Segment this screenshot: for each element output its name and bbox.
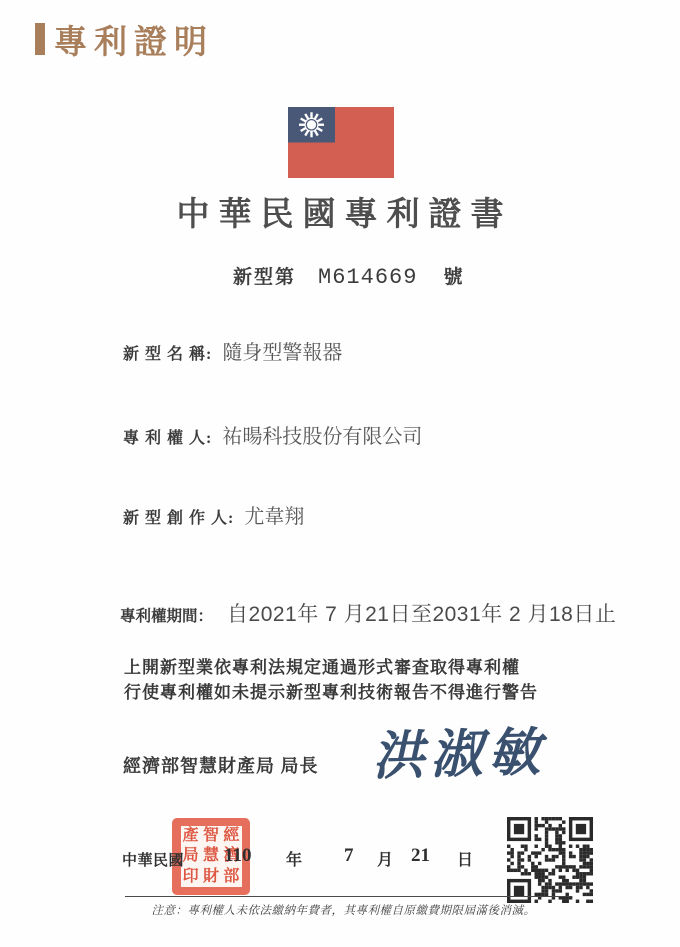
footer-note: 注意：專利權人未依法繳納年費者，其專利權自原繳費期限屆滿後消滅。 [125,902,562,918]
legal-line: 行使專利權如未提示新型專利技術報告不得進行警告 [124,680,538,705]
header-accent-bar-icon [35,23,45,55]
date-month-unit: 月 [377,847,393,870]
certificate-title: 中華民國專利證書 [0,188,680,235]
field-label: 專 利 權 人: [123,430,212,447]
field-value: 隨身型警報器 [222,342,342,364]
date-year: 110 [224,845,251,867]
field-patent-holder: 專 利 權 人: 祐暘科技股份有限公司 [123,420,422,449]
seal-character: 智 [201,826,221,846]
seal-character: 部 [221,867,241,887]
date-year-unit: 年 [286,847,302,870]
date-month: 7 [344,845,354,867]
date-day: 21 [411,845,430,867]
certificate-page: 專利證明 中華民國專利證書 新型第 M614669 [0,0,680,947]
page-title: 專利證明 [54,16,214,63]
director-signature: 洪淑敏 [371,710,547,790]
field-label: 專利權期間： [120,608,213,625]
footer-divider [125,896,562,897]
qr-code-icon [507,817,593,903]
legal-line: 上開新型業依專利法規定通過形式審查取得專利權 [124,655,538,680]
field-patent-duration: 專利權期間： 自2021年 7 月21日至2031年 2 月18日止 [120,598,616,628]
certificate-number-prefix: 新型第 [233,262,296,289]
field-label: 新 型 創 作 人: [123,510,234,527]
field-label: 新 型 名 稱: [123,346,212,363]
field-value: 自2021年 7 月21日至2031年 2 月18日止 [227,603,616,626]
legal-statement: 上開新型業依專利法規定通過形式審查取得專利權 行使專利權如未提示新型專利技術報告… [124,655,538,705]
field-value: 尤韋翔 [244,506,304,528]
seal-character: 經 [221,826,241,846]
certificate-number-suffix: 號 [443,262,464,289]
certificate-number-value: M614669 [318,265,417,290]
field-model-name: 新 型 名 稱: 隨身型警報器 [123,336,342,365]
seal-character: 財 [201,867,221,887]
field-creator: 新 型 創 作 人: 尤韋翔 [123,500,304,529]
page-header: 專利證明 [35,16,214,63]
taiwan-flag-icon [288,107,394,178]
date-era: 中華民國 [122,849,184,870]
seal-character: 產 [181,826,201,846]
date-day-unit: 日 [457,847,473,870]
field-value: 祐暘科技股份有限公司 [222,426,422,448]
issuer-title: 經濟部智慧財產局 局長 [123,752,319,778]
certificate-number-row: 新型第 M614669 號 [233,262,464,290]
seal-character: 慧 [201,846,221,866]
